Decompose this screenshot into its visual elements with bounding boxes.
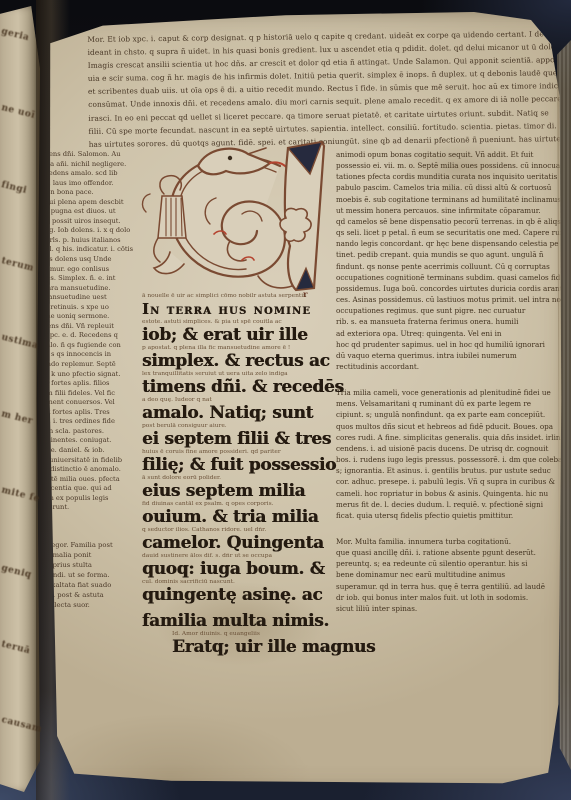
- scripture-display-line: quingentę asinę. ac: [142, 586, 352, 605]
- text-line: terum: [0, 256, 35, 274]
- scripture-display-line: iob; & erat uir ille: [142, 326, 352, 345]
- scripture-display-line: simplex. & rectus ac: [142, 352, 352, 371]
- scripture-entry: ā sunt dolore eorū polider.eius septem m…: [142, 475, 352, 501]
- text-line: possidemus. Iuga boū. concordes uirtutes…: [336, 283, 566, 294]
- text-line: ustima: [0, 332, 39, 351]
- text-line: mens. Velsamaritani q ruminant dū ex par…: [336, 398, 566, 409]
- text-line: re nrls. p. huius italianos: [36, 236, 142, 246]
- text-line: post fortes aplis. Tres: [36, 408, 142, 418]
- text-line: cendens. i. ad uisionē pacis ducens. De …: [336, 443, 566, 454]
- scripture-entry: a deo quę. Iudeor q natamalo. Natiq; sun…: [142, 397, 352, 423]
- scripture-entry: familia multa nimis.: [142, 605, 352, 631]
- text-line: bene dominamur nec earū multitudine anim…: [336, 569, 566, 580]
- text-line: pulhra mansuetudine.: [36, 284, 142, 294]
- text-line: Mor. Multa familia. innumera turba cogit…: [336, 536, 566, 547]
- text-line: conlecta suor.: [42, 600, 144, 610]
- text-line: enim filii fideles. Vel fic: [36, 389, 142, 399]
- text-line: Allegor. Familia post: [42, 540, 144, 550]
- text-line: cores rudi. A fine. simplicitas generali…: [336, 432, 566, 443]
- text-line: ces. Asinas possidemus. cū lastiuos motu…: [336, 294, 566, 305]
- text-line: tationes pfecta cordis munditia curata n…: [336, 171, 566, 182]
- allegor-gloss-block: Allegor. Familia postanimalia ponitqa pr…: [42, 540, 144, 610]
- text-line: S eptē milia oues. pfecta: [36, 475, 142, 485]
- text-line: possessio ei. vii. m. o. Septē milia oue…: [336, 160, 566, 171]
- text-line: Alleg. Iob dolens. i. x q dolo: [36, 226, 142, 236]
- text-line: sicut liliū inter spinas.: [336, 603, 566, 614]
- text-line: pabulo pascim. Camelos tria milia. cū di…: [336, 182, 566, 193]
- text-line: cala possit uiros insequt.: [36, 217, 142, 227]
- text-line: findunt. qs nonse pente acerrimis colluu…: [336, 261, 566, 272]
- text-line: sapimur. ego conlisus: [36, 265, 142, 275]
- text-line: ne uoī: [0, 103, 36, 121]
- scripture-entry: fid diuinas cantāl ex psalm. q opes corp…: [142, 501, 352, 527]
- text-line: fingi: [0, 180, 28, 196]
- text-line: i. noe. daniel. & iob.: [36, 446, 142, 456]
- facing-page-text-fragments: geriane uoīfingiterumustimam hermite feg…: [0, 30, 34, 730]
- text-line: ruata añi. nichil negligere.: [36, 160, 142, 170]
- text-line: filię. i. tres ordines fide: [36, 417, 142, 427]
- text-line: occupationes regimus. que sunt pigre. ne…: [336, 305, 566, 316]
- text-line: pereuntq. s; ea redeunte cū silentio ope…: [336, 558, 566, 569]
- fore-edge-page-stack: [557, 40, 571, 770]
- text-line: Tria milia cameli, voce generationis ad …: [336, 387, 566, 398]
- text-line: mundi. ut se forma.: [42, 570, 144, 580]
- zoomorphic-initial-drawing: [138, 136, 336, 304]
- text-line: hoc qd prudenter sapimus. uel in hoc qd …: [336, 339, 566, 350]
- text-line: ffidis dolens usq Unde: [36, 255, 142, 265]
- parchment-page: Mor. Et iob xpc. i. caput & corp designa…: [0, 0, 571, 800]
- scripture-entry: huius ē coruis fine amore possideri. qd …: [142, 449, 352, 475]
- text-line: filii. k uno pfectio signat.: [36, 370, 142, 380]
- scripture-display-line: timens dñi. & recedēs: [142, 378, 352, 397]
- text-line: Recedens amalo. scd lib: [36, 169, 142, 179]
- text-line: rib. s. ea mansueta fraterna ferimus one…: [336, 316, 566, 327]
- text-line: timens dñi. Vñ repleuit: [36, 322, 142, 332]
- scripture-display-line: familia multa nimis.: [142, 612, 352, 631]
- scripture-entry: lex tranquillitatis seruiut ut uera uita…: [142, 371, 352, 397]
- scripture-display-line: filię; & fuit possessio: [142, 456, 352, 475]
- text-line: continentes. coniugat.: [36, 436, 142, 446]
- text-line: eminent conuersos. Vel: [36, 398, 142, 408]
- top-commentary-block: Mor. Et iob xpc. i. caput & corp designa…: [87, 27, 566, 151]
- text-line: qa prius stulta: [42, 560, 144, 570]
- text-line: E uil. q his. indicatur. i. cōtis: [36, 245, 142, 255]
- scripture-display-line: Eratq; uir ille magnus: [172, 638, 352, 657]
- illuminated-initial-U: [138, 136, 336, 304]
- text-line: por. post & astuta: [42, 590, 144, 600]
- text-line: cor. adhuc. presepe. i. pabulū legis. Vñ…: [336, 476, 566, 487]
- text-line: superamur. qd in terra hus. quę ē terra …: [336, 581, 566, 592]
- commentary-paragraph: animodi opum bonas cogitatio sequit. Vñ …: [336, 149, 566, 372]
- text-line: innocentia que. qui ad: [36, 484, 142, 494]
- scripture-display-line: ei septem filii & tres: [142, 430, 352, 449]
- text-line: moebis ē. sub cogitatione terminans ad h…: [336, 194, 566, 205]
- text-line: geria: [0, 27, 30, 44]
- commentary-paragraph: Mor. Multa familia. innumera turba cogit…: [336, 536, 566, 614]
- text-line: amalo. ñ qs fugiende con: [36, 341, 142, 351]
- text-line: teruā: [0, 640, 31, 657]
- scripture-entry: Id. Amor diuinis. q euangeliisEratq; uir…: [172, 631, 352, 657]
- text-line: bos. i. rudens iugo legis pressus. posse…: [336, 454, 566, 465]
- scripture-entry: post berulā consiguur aiure.ei septem fi…: [142, 423, 352, 449]
- text-line: mundo replemur. Septē: [36, 360, 142, 370]
- text-line: cid. retinuis. s xpe uo: [36, 303, 142, 313]
- text-line: m her: [0, 410, 34, 427]
- text-line: ad exteriora opa. Utreq: quingenta. Vel …: [336, 328, 566, 339]
- text-line: ¶ P ui plena apem descbit: [36, 198, 142, 208]
- text-line: nolen bona pace.: [36, 188, 142, 198]
- text-line: s; ignorantia. Et asinus. i. gentilis br…: [336, 465, 566, 476]
- text-line: dū vaquo eterna querimus. intra iubilei …: [336, 350, 566, 361]
- text-line: eū spc. e. d. Recedens q: [36, 331, 142, 341]
- text-line: liū in scla. pastores.: [36, 427, 142, 437]
- folio-number: 2: [546, 15, 559, 35]
- scripture-display-line: ouium. & tria milia: [142, 508, 352, 527]
- text-line: nando legis concordant. qr hęc bene disp…: [336, 238, 566, 249]
- text-line: filii. fortes aplis. filios: [36, 379, 142, 389]
- text-line: qd camelos sē bene dispensatio pecorū te…: [336, 216, 566, 227]
- text-line: Timens dñi. Salomon. Au: [36, 150, 142, 160]
- text-line: ficat. quia utersq fidelis pfectio quiet…: [336, 510, 566, 521]
- manuscript-photo: geriane uoīfingiterumustimam hermite feg…: [0, 0, 571, 800]
- text-line: rectitudinis accordant.: [336, 361, 566, 372]
- scripture-entry: p apostat. q plena illa fic mansuetudine…: [142, 345, 352, 371]
- text-line: dr iob. qui bonus inter malos fuit. ut l…: [336, 592, 566, 603]
- scripture-display-column: ā nouelle ē uir ac simplici cōmo nobilr …: [142, 293, 352, 657]
- text-line: occupationes cognitionē terminans subdim…: [336, 272, 566, 283]
- scripture-display-line: camelor. Quingenta: [142, 534, 352, 553]
- commentary-paragraph: Tria milia cameli, voce generationis ad …: [336, 387, 566, 521]
- text-line: hoc distinctio ē anomalo.: [36, 465, 142, 475]
- scripture-display-line: eius septem milia: [142, 482, 352, 501]
- scripture-entry: dauid sustinere ālos dif. s. dñr ut se o…: [142, 553, 352, 579]
- scripture-entry: q seductor ilios. Cathanos ridore. uel d…: [142, 527, 352, 553]
- text-line: qua pugna est diuos. ut: [36, 207, 142, 217]
- text-line: a mansuetudine uest: [36, 293, 142, 303]
- text-line: plene uoniq sermone.: [36, 312, 142, 322]
- left-margin-glosses: Timens dñi. Salomon. Auruata añi. nichil…: [36, 150, 142, 513]
- scripture-display-line: amalo. Natiq; sunt: [142, 404, 352, 423]
- scripture-display-line: quoq: iuga boum. &: [142, 560, 352, 579]
- text-line: ut messim honera percauos. sine infirmit…: [336, 205, 566, 216]
- text-line: hoīes. Simplex. ñ. e. int: [36, 274, 142, 284]
- scripture-entry: estote. astuti simplices. & pia ut spē c…: [142, 319, 352, 345]
- text-line: merus fit de. l. decies dudum. l. requiē…: [336, 499, 566, 510]
- text-line: geniq: [0, 563, 32, 580]
- text-line: quos multos dñs sicut et hebreos ad fidē…: [336, 421, 566, 432]
- text-line: que quasi ancillę dñi. i. ratione absent…: [336, 547, 566, 558]
- text-line: uan. laus imo offendor.: [36, 179, 142, 189]
- text-line: qs seli. licet p petal. ñ eum se securit…: [336, 227, 566, 238]
- scripture-entry: cul. dominis sacrificiū nascunt.quingent…: [142, 579, 352, 605]
- text-line: cameli. hoc ropriatur in bobus & asinis.…: [336, 488, 566, 499]
- text-line: cipiunt. s; ungulā nonfindunt. qa ex par…: [336, 409, 566, 420]
- text-line: animalia ponit: [42, 550, 144, 560]
- right-commentary-column: animodi opum bonas cogitatio sequit. Vñ …: [336, 149, 566, 629]
- text-line: s exaltata fiat suado: [42, 580, 144, 590]
- text-line: animodi opum bonas cogitatio sequit. Vñ …: [336, 149, 566, 160]
- initial-stem: [280, 142, 324, 290]
- text-line: ¶ P uniuersitatē in fidelib: [36, 456, 142, 466]
- text-line: gar. s qs innocencis in: [36, 350, 142, 360]
- text-line: tinet. pedib crepant. quia mundis se quo…: [336, 249, 566, 260]
